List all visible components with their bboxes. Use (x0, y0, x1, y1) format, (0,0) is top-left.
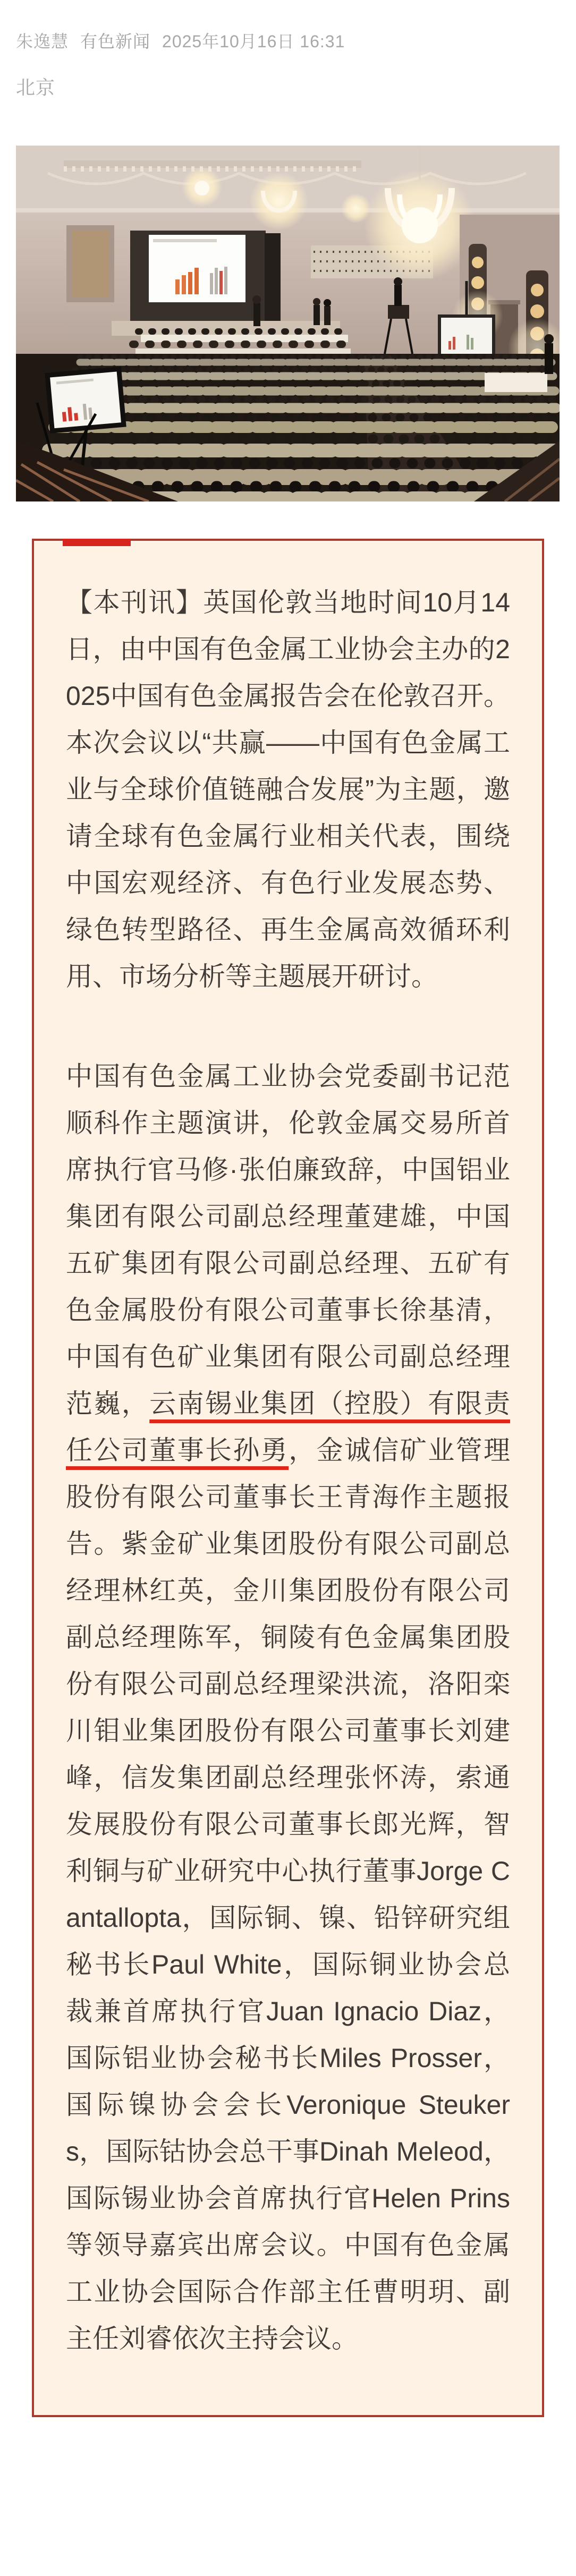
author-name: 朱逸慧 (16, 32, 69, 51)
corner-tab-decoration (63, 539, 131, 546)
body-text: 【本刊讯】英国伦敦当地时间10月14日，由中国有色金属工业协会主办的2025中国… (66, 588, 510, 991)
article-paragraph: 【本刊讯】英国伦敦当地时间10月14日，由中国有色金属工业协会主办的2025中国… (66, 579, 510, 1000)
publish-datetime: 2025年10月16日 16:31 (162, 32, 345, 51)
article-page: 朱逸慧有色新闻2025年10月16日 16:31 北京 (0, 0, 576, 2435)
conference-photo[interactable] (16, 146, 560, 501)
article-body-box: 【本刊讯】英国伦敦当地时间10月14日，由中国有色金属工业协会主办的2025中国… (32, 539, 544, 2417)
body-text: ，金诚信矿业管理股份有限公司董事长王青海作主题报告。紫金矿业集团股份有限公司副总… (66, 1435, 510, 2353)
account-link[interactable]: 有色新闻 (80, 32, 150, 51)
article-paragraph: 中国有色金属工业协会党委副书记范顺科作主题演讲，伦敦金属交易所首席执行官马修·张… (66, 1053, 510, 2362)
article-meta: 朱逸慧有色新闻2025年10月16日 16:31 (16, 31, 560, 52)
body-text: 中国有色金属工业协会党委副书记范顺科作主题演讲，伦敦金属交易所首席执行官马修·张… (66, 1061, 510, 1418)
publish-location: 北京 (16, 75, 560, 100)
